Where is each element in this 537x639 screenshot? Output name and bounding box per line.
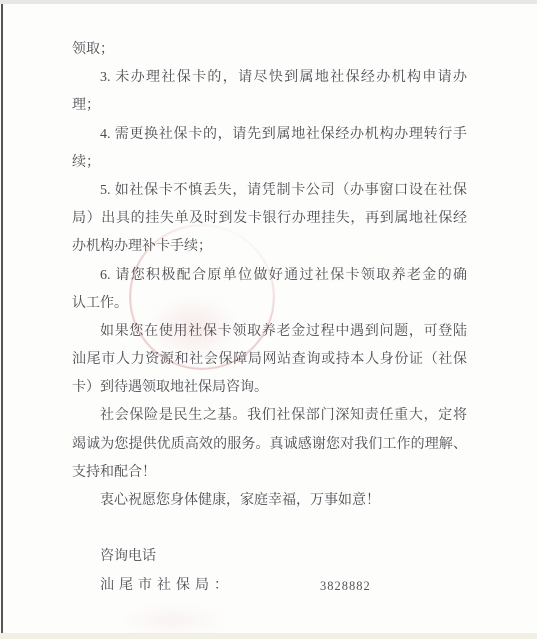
scan-bottom-edge (0, 633, 537, 639)
bottom-ink-smudge (118, 604, 228, 636)
office-label: 汕尾市社保局： (100, 578, 233, 593)
doc-line-item-4: 4. 需更换社保卡的，请先到属地社保经办机构办理转行手 (72, 121, 467, 149)
phone-line: 汕尾市社保局： 3828882 (72, 572, 467, 600)
doc-line: 局）出具的挂失单及时到发卡银行办理挂失，再到属地社保经 (72, 205, 467, 233)
phone-number: 3828882 (320, 572, 371, 600)
doc-line: 如果您在使用社保卡领取养老金过程中遇到问题，可登陆 (72, 318, 467, 346)
doc-line: 理； (72, 92, 467, 120)
doc-line: 领取； (72, 36, 467, 64)
doc-line: 社会保险是民生之基。我们社保部门深知责任重大，定将 (72, 402, 467, 430)
doc-line: 办机构办理补卡手续； (72, 233, 467, 261)
doc-line: 卡）到待遇领取地社保局咨询。 (72, 374, 467, 402)
doc-line: 汕尾市人力资源和社会保障局网站查询或持本人身份证（社保 (72, 346, 467, 374)
doc-line: 支持和配合！ (72, 459, 467, 487)
doc-line: 认工作。 (72, 290, 467, 318)
blank-line (72, 515, 467, 543)
doc-line-item-6: 6. 请您积极配合原单位做好通过社保卡领取养老金的确 (72, 262, 467, 290)
doc-line-wish: 衷心祝愿您身体健康，家庭幸福，万事如意！ (72, 487, 467, 515)
doc-line-item-5: 5. 如社保卡不慎丢失，请凭制卡公司（办事窗口设在社保 (72, 177, 467, 205)
scan-top-edge (0, 0, 537, 4)
doc-line-item-3: 3. 未办理社保卡的，请尽快到属地社保经办机构申请办 (72, 64, 467, 92)
scanned-document-page: 领取； 3. 未办理社保卡的，请尽快到属地社保经办机构申请办 理； 4. 需更换… (0, 0, 537, 639)
phone-heading: 咨询电话 (72, 543, 467, 571)
scan-left-edge (1, 4, 3, 633)
doc-line: 竭诚为您提供优质高效的服务。真诚感谢您对我们工作的理解、 (72, 431, 467, 459)
document-body: 领取； 3. 未办理社保卡的，请尽快到属地社保经办机构申请办 理； 4. 需更换… (72, 36, 467, 600)
doc-line: 续； (72, 149, 467, 177)
